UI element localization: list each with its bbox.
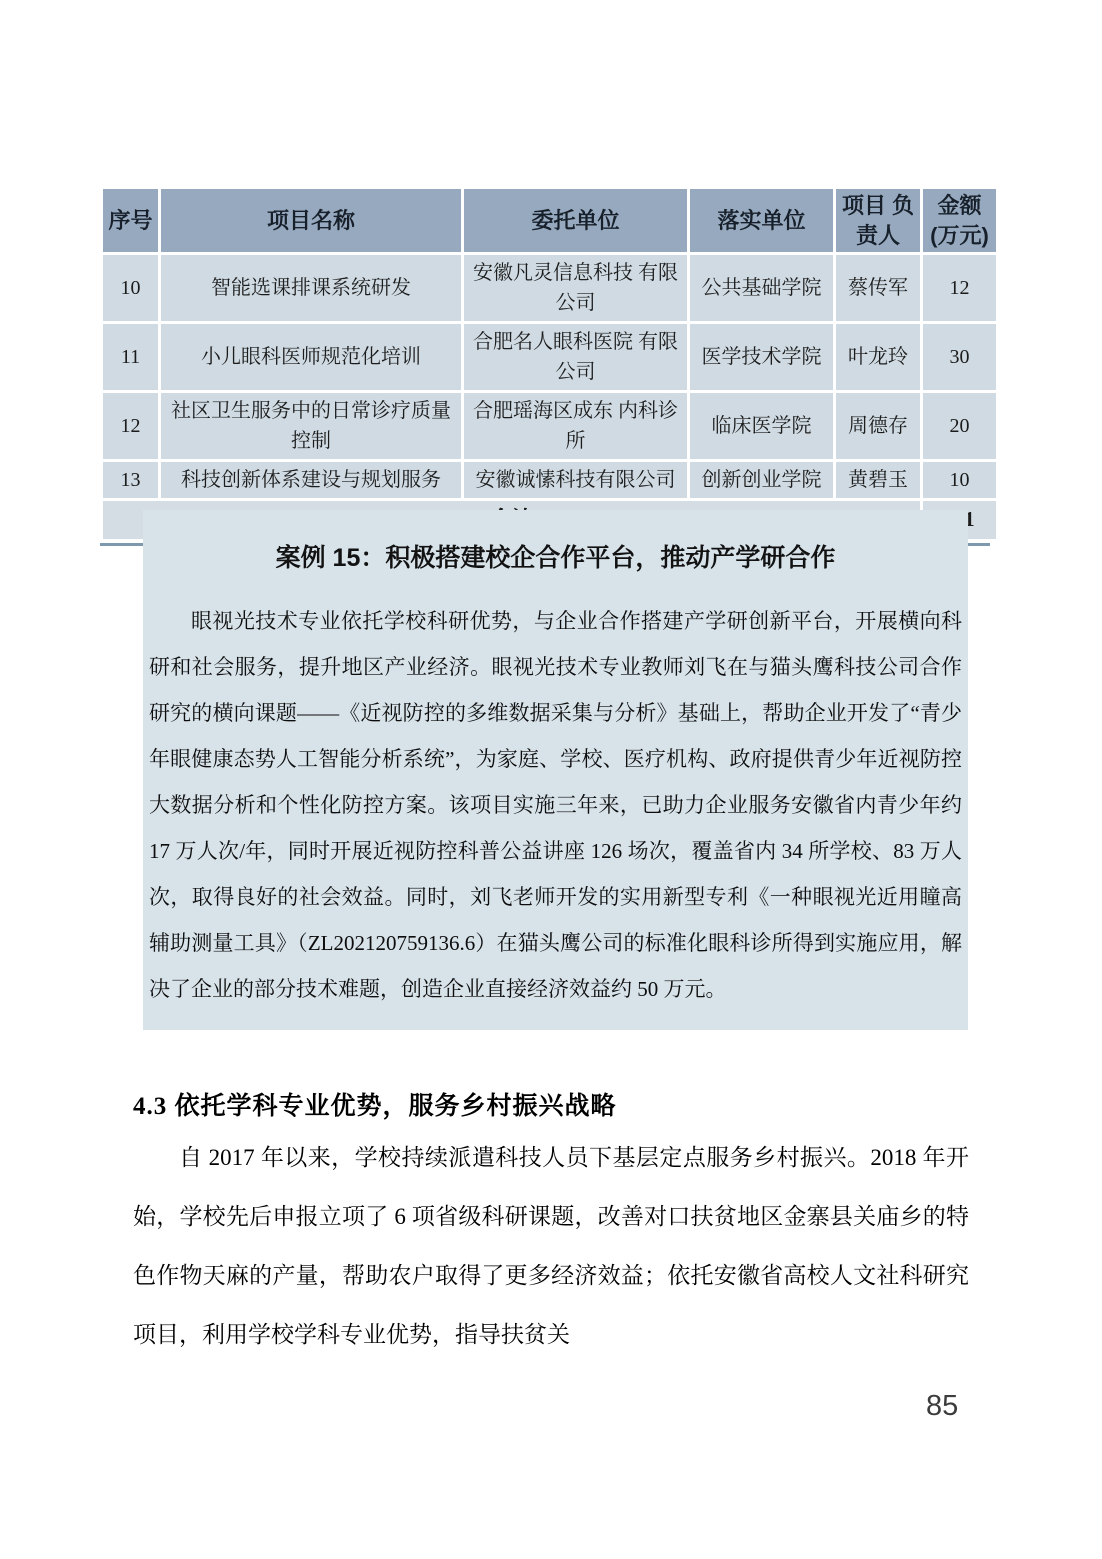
cell-person: 黄碧玉 [836,462,920,498]
table-row: 11 小儿眼科医师规范化培训 合肥名人眼科医院 有限公司 医学技术学院 叶龙玲 … [103,324,996,390]
cell-amount: 10 [923,462,996,498]
table-row: 13 科技创新体系建设与规划服务 安徽诚愫科技有限公司 创新创业学院 黄碧玉 1… [103,462,996,498]
col-header-project-name: 项目名称 [161,189,461,252]
cell-client: 安徽诚愫科技有限公司 [464,462,687,498]
cell-project-name: 社区卫生服务中的日常诊疗质量控制 [161,393,461,459]
page-number: 85 [926,1390,958,1423]
cell-client: 合肥名人眼科医院 有限公司 [464,324,687,390]
col-header-amount: 金额 (万元) [923,189,996,252]
cell-seq: 10 [103,255,158,321]
document-page: 序号 项目名称 委托单位 落实单位 项目 负责人 金额 (万元) 10 智能选课… [0,0,1102,1559]
col-header-seq: 序号 [103,189,158,252]
table-header-row: 序号 项目名称 委托单位 落实单位 项目 负责人 金额 (万元) [103,189,996,252]
cell-unit: 临床医学院 [690,393,833,459]
case-study-title: 案例 15：积极搭建校企合作平台，推动产学研合作 [149,538,962,574]
projects-table-wrap: 序号 项目名称 委托单位 落实单位 项目 负责人 金额 (万元) 10 智能选课… [100,186,990,546]
cell-person: 周德存 [836,393,920,459]
projects-table: 序号 项目名称 委托单位 落实单位 项目 负责人 金额 (万元) 10 智能选课… [100,186,999,542]
section-paragraph: 自 2017 年以来，学校持续派遣科技人员下基层定点服务乡村振兴。2018 年开… [133,1128,969,1364]
case-study-box: 案例 15：积极搭建校企合作平台，推动产学研合作 眼视光技术专业依托学校科研优势… [143,510,968,1030]
cell-unit: 公共基础学院 [690,255,833,321]
section-heading: 4.3 依托学科专业优势，服务乡村振兴战略 [133,1086,617,1122]
cell-seq: 12 [103,393,158,459]
col-header-implementing-unit: 落实单位 [690,189,833,252]
cell-person: 蔡传军 [836,255,920,321]
table-row: 10 智能选课排课系统研发 安徽凡灵信息科技 有限公司 公共基础学院 蔡传军 1… [103,255,996,321]
cell-person: 叶龙玲 [836,324,920,390]
cell-project-name: 智能选课排课系统研发 [161,255,461,321]
cell-client: 合肥瑶海区成东 内科诊所 [464,393,687,459]
col-header-client: 委托单位 [464,189,687,252]
cell-seq: 11 [103,324,158,390]
cell-unit: 医学技术学院 [690,324,833,390]
cell-amount: 30 [923,324,996,390]
cell-unit: 创新创业学院 [690,462,833,498]
cell-client: 安徽凡灵信息科技 有限公司 [464,255,687,321]
cell-project-name: 科技创新体系建设与规划服务 [161,462,461,498]
col-header-person: 项目 负责人 [836,189,920,252]
cell-amount: 12 [923,255,996,321]
cell-seq: 13 [103,462,158,498]
table-row: 12 社区卫生服务中的日常诊疗质量控制 合肥瑶海区成东 内科诊所 临床医学院 周… [103,393,996,459]
case-study-body: 眼视光技术专业依托学校科研优势，与企业合作搭建产学研创新平台，开展横向科研和社会… [149,598,962,1012]
cell-project-name: 小儿眼科医师规范化培训 [161,324,461,390]
cell-amount: 20 [923,393,996,459]
